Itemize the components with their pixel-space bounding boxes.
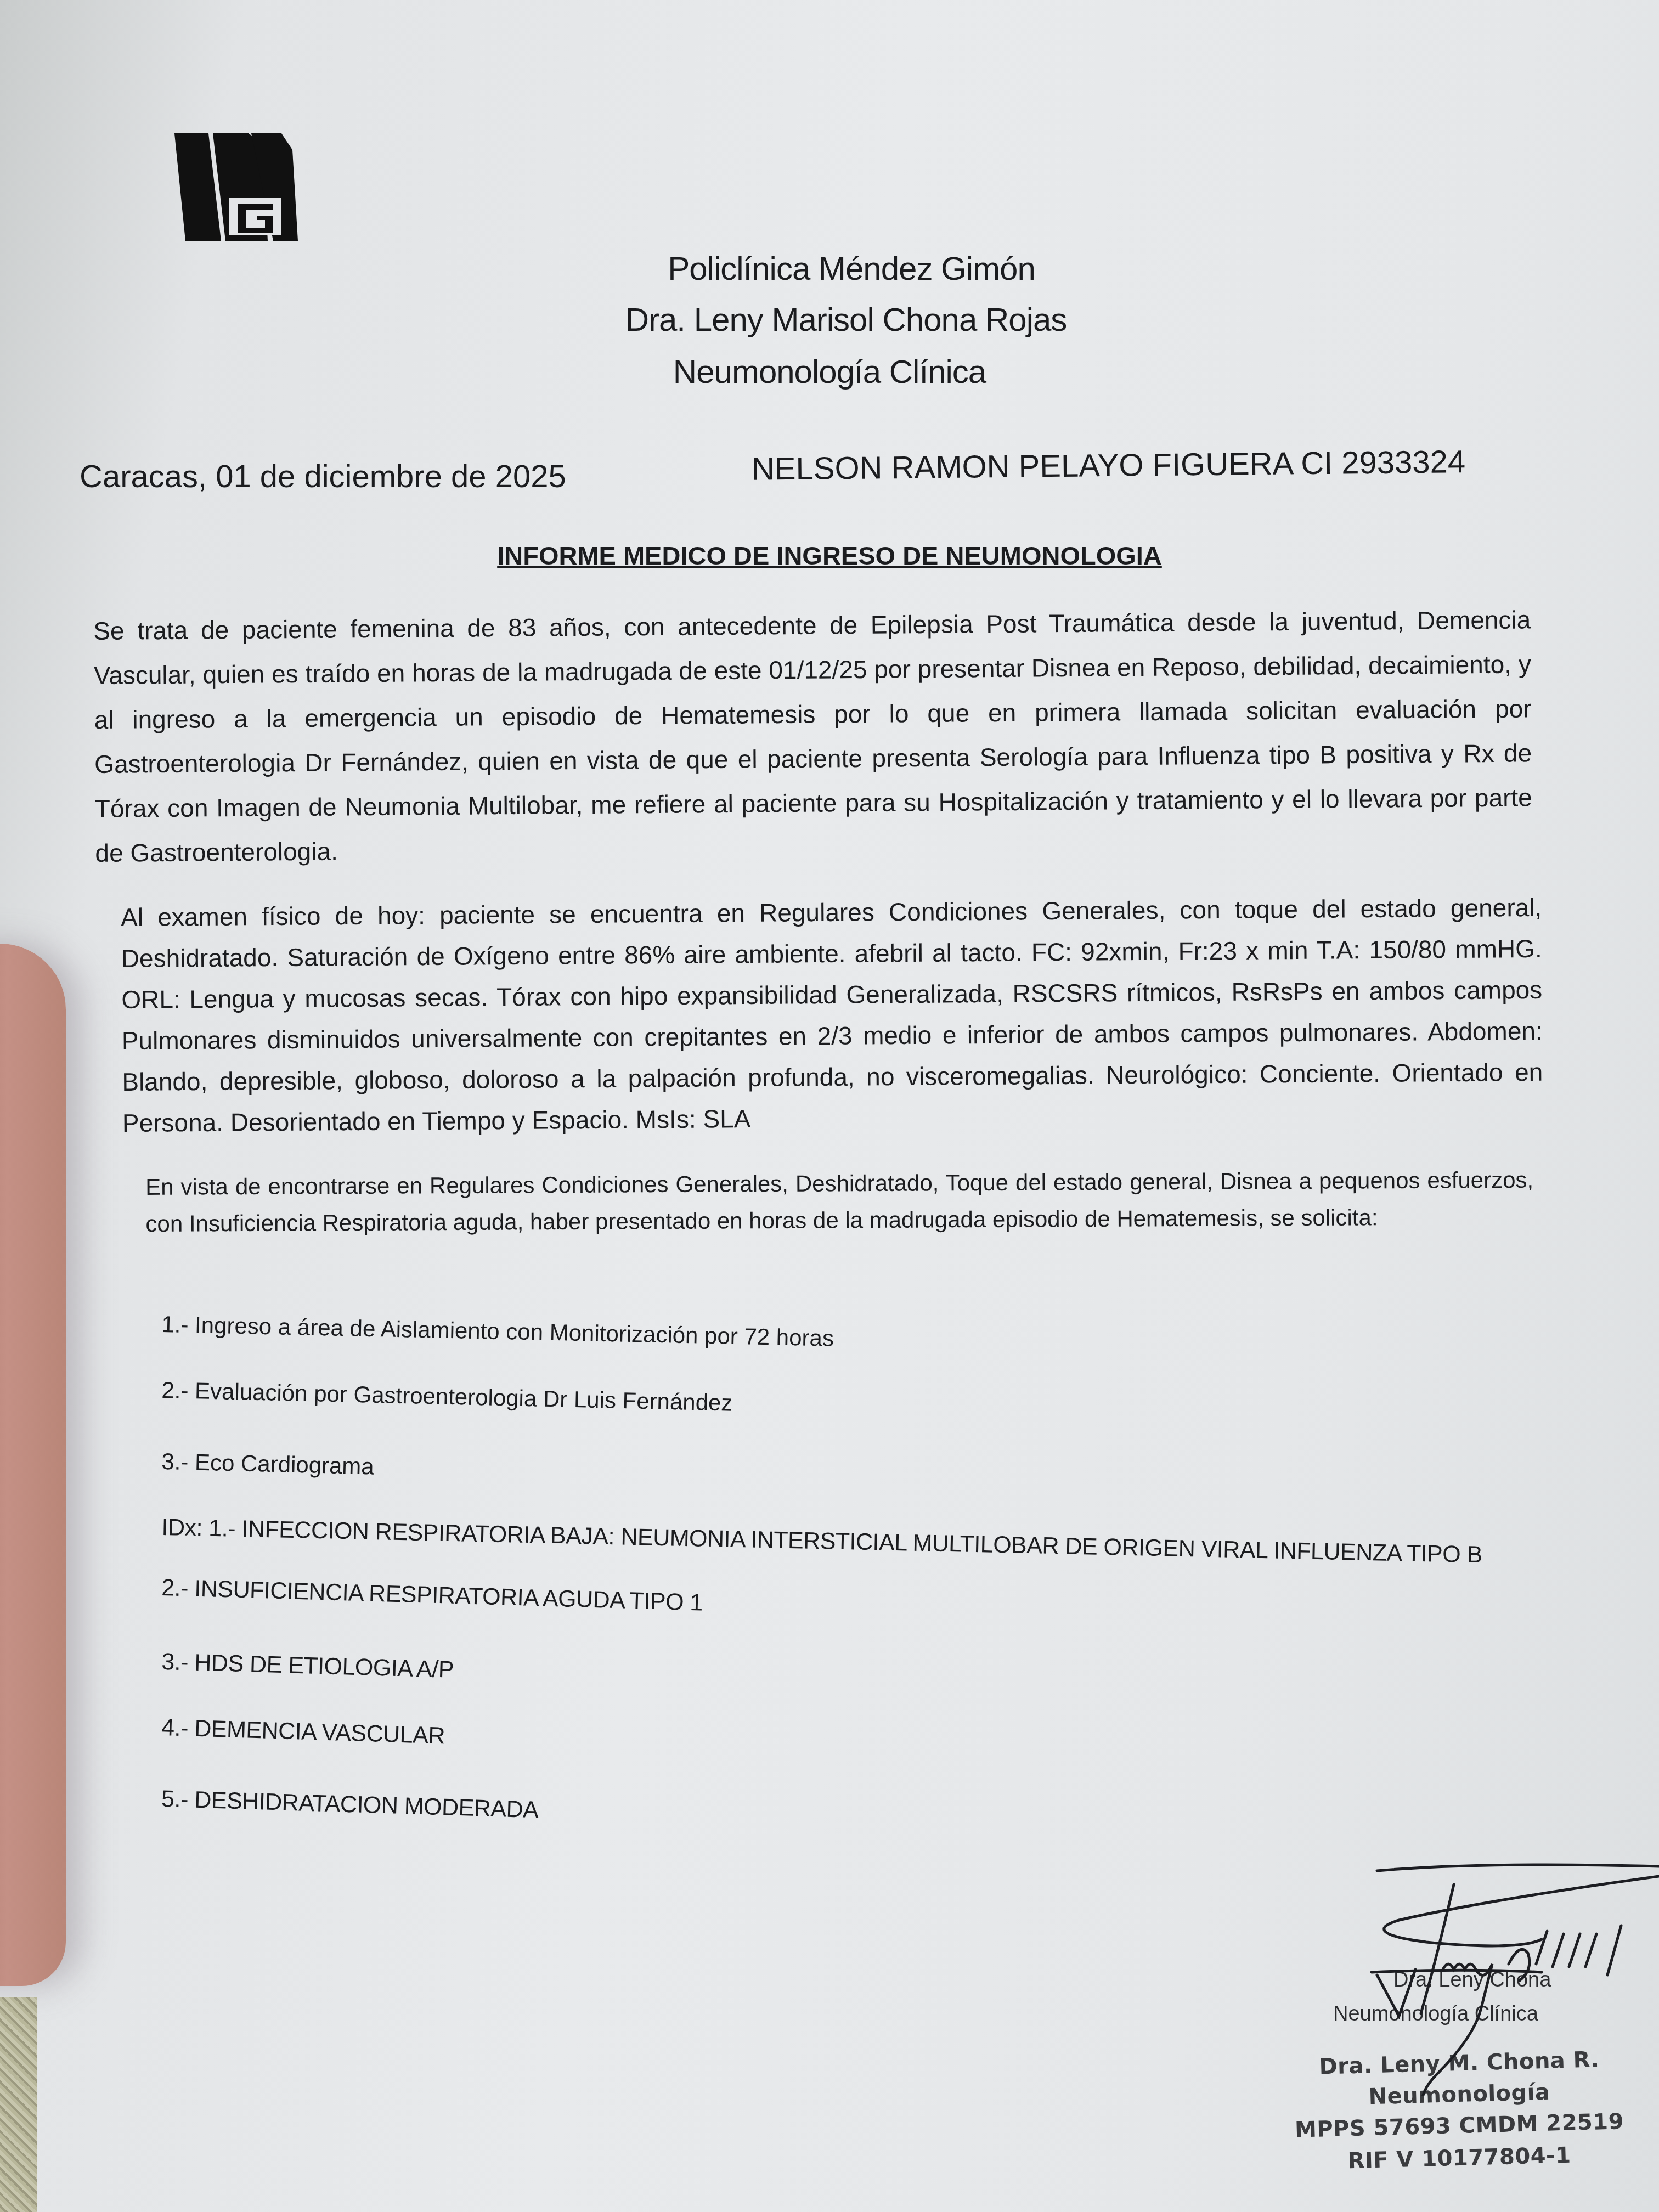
request-item: 3.- Eco Cardiograma <box>161 1448 375 1480</box>
report-title: INFORME MEDICO DE INGRESO DE NEUMONOLOGI… <box>0 540 1659 571</box>
history-paragraph: Se trata de paciente femenina de 83 años… <box>93 597 1533 876</box>
specialty: Neumonología Clínica <box>0 353 1659 391</box>
holding-finger <box>0 944 66 1986</box>
patient-id: NELSON RAMON PELAYO FIGUERA CI 2933324 <box>752 443 1466 488</box>
request-intro-paragraph: En vista de encontrarse en Regulares Con… <box>145 1161 1534 1242</box>
mg-logo-icon <box>174 133 298 241</box>
handwritten-signature-icon <box>1361 1854 1659 2096</box>
doctor-name: Dra. Leny Marisol Chona Rojas <box>16 301 1659 338</box>
clinic-name: Policlínica Méndez Gimón <box>22 250 1659 287</box>
physical-exam-paragraph: Al examen físico de hoy: paciente se enc… <box>121 887 1543 1144</box>
countertop-background <box>0 1997 37 2212</box>
place-date: Caracas, 01 de diciembre de 2025 <box>80 458 566 495</box>
